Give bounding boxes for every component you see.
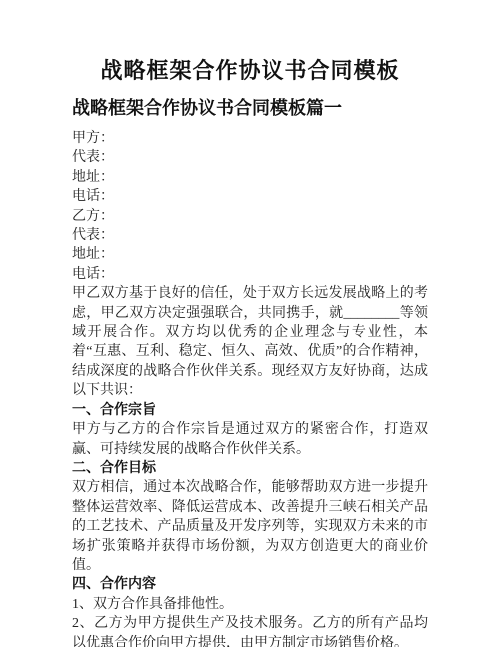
field-address-b: 地址： — [72, 245, 428, 264]
heading-cooperation-purpose: 一、合作宗旨 — [72, 401, 428, 420]
section-one-heading: 战略框架合作协议书合同模板篇一 — [72, 96, 428, 120]
paragraph-cooperation-goal: 双方相信，通过本次战略合作，能够帮助双方进一步提升整体运营效率、降低运营成本、改… — [72, 478, 428, 575]
document-body: 甲方： 代表： 地址： 电话： 乙方： 代表： 地址： 电话： 甲乙双方基于良好… — [72, 129, 428, 647]
document-title: 战略框架合作协议书合同模板 — [72, 56, 428, 86]
field-party-b: 乙方： — [72, 207, 428, 226]
field-representative-b: 代表： — [72, 226, 428, 245]
field-party-a: 甲方： — [72, 129, 428, 148]
intro-paragraph: 甲乙双方基于良好的信任，处于双方长远发展战略上的考虑，甲乙双方决定强强联合，共同… — [72, 284, 428, 400]
field-address-a: 地址： — [72, 168, 428, 187]
field-phone-a: 电话： — [72, 187, 428, 206]
cooperation-content-item-1: 1、双方合作具备排他性。 — [72, 595, 428, 614]
heading-cooperation-goal: 二、合作目标 — [72, 459, 428, 478]
field-representative-a: 代表： — [72, 148, 428, 167]
contract-document-page: 战略框架合作协议书合同模板 战略框架合作协议书合同模板篇一 甲方： 代表： 地址… — [0, 0, 500, 647]
heading-cooperation-content: 四、合作内容 — [72, 575, 428, 594]
cooperation-content-item-2: 2、乙方为甲方提供生产及技术服务。乙方的所有产品均以优惠合作价向甲方提供，由甲方… — [72, 614, 428, 647]
paragraph-cooperation-purpose: 甲方与乙方的合作宗旨是通过双方的紧密合作，打造双赢、可持续发展的战略合作伙伴关系… — [72, 420, 428, 459]
field-phone-b: 电话： — [72, 265, 428, 284]
